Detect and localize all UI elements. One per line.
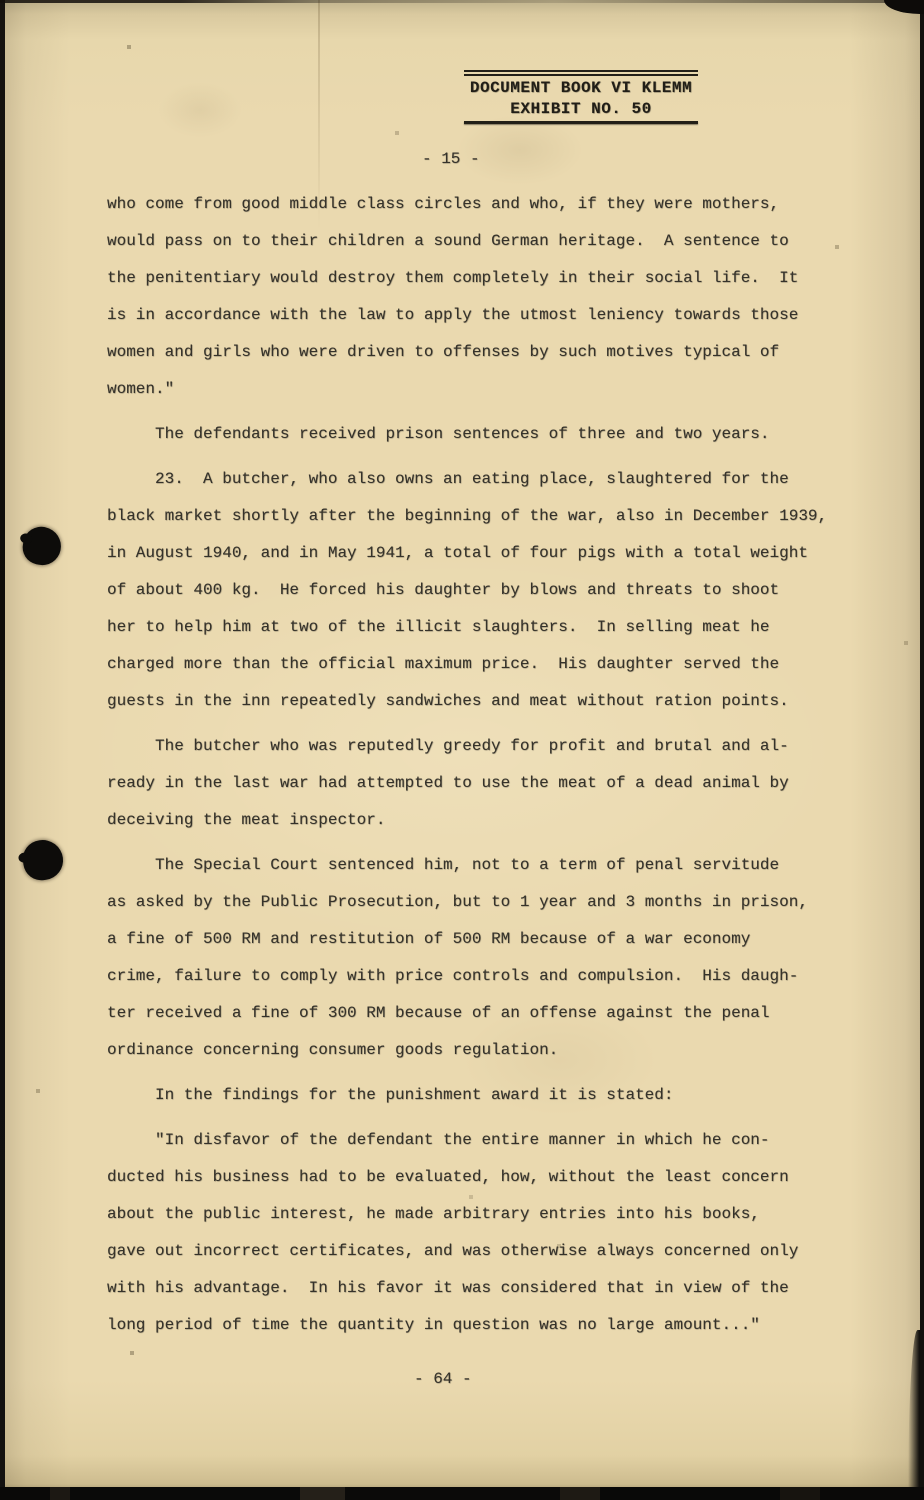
text-line: charged more than the official maximum p… [107,646,867,683]
text-line: with his advantage. In his favor it was … [107,1270,867,1307]
scanned-document-page: DOCUMENT BOOK VI KLEMM EXHIBIT NO. 50 - … [0,0,924,1500]
text-line: her to help him at two of the illicit sl… [107,609,867,646]
text-line: about the public interest, he made arbit… [107,1196,867,1233]
paragraph: The butcher who was reputedly greedy for… [107,728,867,839]
scan-corner-notch [884,0,924,14]
text-line: who come from good middle class circles … [107,186,867,223]
scan-edge-left [0,0,5,1500]
text-line: The defendants received prison sentences… [107,416,867,453]
paragraph: The defendants received prison sentences… [107,416,867,453]
scan-edge-top [0,0,924,3]
text-line: women." [107,371,867,408]
text-line: ter received a fine of 300 RM because of… [107,995,867,1032]
text-line: The Special Court sentenced him, not to … [107,847,867,884]
text-line: a fine of 500 RM and restitution of 500 … [107,921,867,958]
text-line: in August 1940, and in May 1941, a total… [107,535,867,572]
text-line: the penitentiary would destroy them comp… [107,260,867,297]
punch-hole-top [19,523,64,568]
scan-edge-bottom [0,1487,924,1500]
page-number-top: - 15 - [422,150,480,168]
stamp-line-2: EXHIBIT NO. 50 [464,99,698,120]
document-body: who come from good middle class circles … [107,186,867,1344]
text-line: long period of time the quantity in ques… [107,1307,867,1344]
stamp-line-1: DOCUMENT BOOK VI KLEMM [464,78,698,99]
text-line: ready in the last war had attempted to u… [107,765,867,802]
scan-edge-right-flare [908,1330,924,1500]
paragraph: In the findings for the punishment award… [107,1077,867,1114]
text-line: In the findings for the punishment award… [107,1077,867,1114]
text-line: women and girls who were driven to offen… [107,334,867,371]
paragraph: "In disfavor of the defendant the entire… [107,1122,867,1344]
stamp-bottom-rule [464,121,698,124]
text-line: of about 400 kg. He forced his daughter … [107,572,867,609]
text-line: gave out incorrect certificates, and was… [107,1233,867,1270]
text-line: ordinance concerning consumer goods regu… [107,1032,867,1069]
punch-hole-bottom [20,837,65,882]
paragraph: The Special Court sentenced him, not to … [107,847,867,1069]
text-line: is in accordance with the law to apply t… [107,297,867,334]
text-line: crime, failure to comply with price cont… [107,958,867,995]
text-line: black market shortly after the beginning… [107,498,867,535]
text-line: deceiving the meat inspector. [107,802,867,839]
text-line: The butcher who was reputedly greedy for… [107,728,867,765]
text-line: would pass on to their children a sound … [107,223,867,260]
text-line: "In disfavor of the defendant the entire… [107,1122,867,1159]
text-line: 23. A butcher, who also owns an eating p… [107,461,867,498]
exhibit-stamp: DOCUMENT BOOK VI KLEMM EXHIBIT NO. 50 [464,70,698,124]
paragraph: who come from good middle class circles … [107,186,867,408]
text-line: as asked by the Public Prosecution, but … [107,884,867,921]
page-number-bottom: - 64 - [414,1370,472,1388]
scan-edge-right [920,0,924,1500]
text-line: ducted his business had to be evaluated,… [107,1159,867,1196]
paragraph: 23. A butcher, who also owns an eating p… [107,461,867,720]
text-line: guests in the inn repeatedly sandwiches … [107,683,867,720]
stamp-top-rule [464,70,698,76]
